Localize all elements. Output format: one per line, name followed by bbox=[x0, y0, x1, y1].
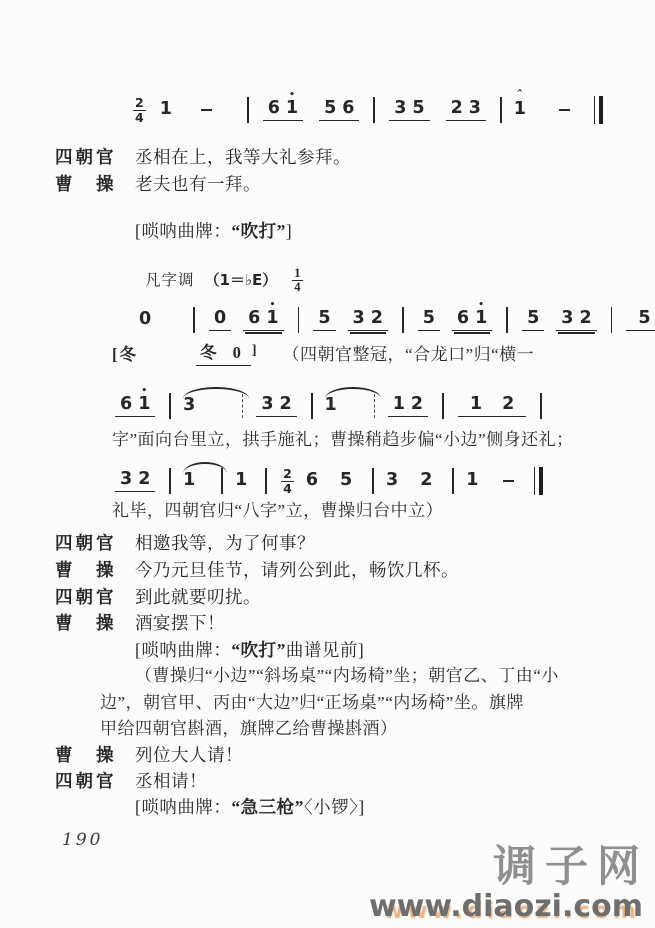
octave-dot: • bbox=[263, 301, 281, 310]
beamed-note-group: 12 bbox=[458, 395, 526, 416]
spacer bbox=[154, 320, 184, 321]
note: 1 bbox=[463, 471, 481, 490]
octave-dot: • bbox=[135, 387, 153, 396]
qupai-bracket: [唢呐曲牌：“吹打”] bbox=[135, 221, 292, 243]
tie-arc bbox=[183, 462, 227, 476]
text-run: “吹打” bbox=[231, 640, 286, 660]
dialogue-text: 丞相请！ bbox=[135, 771, 207, 791]
spacer bbox=[236, 320, 238, 321]
dialogue-row: 曹 操老夫也有一拜。 bbox=[55, 174, 261, 196]
stage-direction: 边”，朝官甲、丙由“大边”归“正场桌”“内场椅”坐。旗牌 bbox=[100, 692, 524, 713]
note: 1• bbox=[283, 99, 301, 118]
spacer bbox=[549, 320, 551, 321]
note: 1• bbox=[135, 395, 153, 414]
note: 2 bbox=[448, 99, 466, 118]
beamed-note-group: 32 bbox=[115, 470, 155, 491]
mode-label: 凡字调 bbox=[145, 271, 195, 290]
note: 5 bbox=[315, 309, 333, 328]
beamed-note-group: 32 bbox=[556, 309, 596, 330]
note: 5 bbox=[420, 309, 438, 328]
beamed-note-group: 23 bbox=[446, 99, 486, 120]
beamed-note-group: 61• bbox=[115, 395, 155, 416]
beamed-note-group: 61• bbox=[452, 309, 492, 330]
note: 1• bbox=[263, 309, 281, 328]
spacer bbox=[522, 481, 528, 482]
note: 5 bbox=[524, 309, 542, 328]
time-signature: 24 bbox=[281, 467, 294, 494]
barline bbox=[247, 97, 249, 123]
spacer bbox=[175, 110, 193, 111]
dialogue-row: 曹 操列位大人请！ bbox=[55, 745, 243, 767]
speaker-name: 四朝官 bbox=[55, 587, 135, 609]
note: 2 bbox=[135, 470, 153, 489]
barline bbox=[193, 307, 195, 333]
beamed-note-group: 5 bbox=[313, 309, 335, 330]
dialogue-row: 曹 操今乃元旦佳节，请列公到此，畅饮几杯。 bbox=[55, 560, 459, 582]
text-run: ] bbox=[286, 221, 292, 241]
percussion-open: [冬 bbox=[112, 345, 138, 366]
note: 5 bbox=[321, 99, 339, 118]
text-run: 曲谱见前] bbox=[286, 640, 364, 660]
note: 3 bbox=[117, 470, 135, 489]
watermark: 调子网 www.diaozi.com www.diaozi.com bbox=[369, 845, 643, 922]
spacer bbox=[481, 481, 495, 482]
stage-direction: 礼毕，四朝官归“八字”立，曹操归台中立） bbox=[112, 500, 443, 521]
dialogue-row: 四朝官丞相请！ bbox=[55, 771, 207, 793]
note: 2 bbox=[576, 309, 594, 328]
text-run: [唢呐曲牌： bbox=[135, 221, 231, 241]
note: 5 bbox=[337, 471, 355, 490]
note: 3 bbox=[558, 309, 576, 328]
barline bbox=[372, 468, 374, 494]
barline bbox=[169, 393, 171, 419]
spacer bbox=[435, 110, 441, 111]
dialogue-row: 四朝官到此就要叨扰。 bbox=[55, 587, 261, 609]
note: 2 bbox=[277, 395, 295, 414]
final-barline bbox=[534, 467, 543, 495]
speaker-name: 曹 操 bbox=[55, 613, 135, 635]
note: 3 bbox=[258, 395, 276, 414]
beamed-note-group: 51• bbox=[626, 309, 655, 330]
watermark-site-name: 调子网 bbox=[369, 845, 649, 890]
spacer bbox=[341, 320, 343, 321]
page-number: 190 bbox=[62, 830, 103, 851]
key-label: （1＝♭E） bbox=[205, 271, 278, 290]
spacer bbox=[250, 481, 256, 482]
speaker-name: 曹 操 bbox=[55, 560, 135, 582]
text-run: “吹打” bbox=[231, 221, 286, 241]
barline bbox=[169, 468, 171, 494]
note: 2 bbox=[499, 395, 517, 414]
tie-arc bbox=[325, 387, 381, 401]
tie-arc bbox=[183, 387, 249, 401]
barline bbox=[506, 307, 508, 333]
dialogue-text: 列位大人请！ bbox=[135, 745, 243, 765]
meter-fraction: 1 4 bbox=[292, 267, 302, 294]
beamed-note-group: 32 bbox=[256, 395, 296, 416]
speaker-name: 曹 操 bbox=[55, 174, 135, 196]
beamed-note-group: 32 bbox=[348, 309, 388, 330]
barline bbox=[442, 393, 444, 419]
note: 6 bbox=[245, 309, 263, 328]
barline bbox=[611, 307, 613, 333]
text-run: “急三枪” bbox=[231, 797, 304, 817]
barline bbox=[452, 468, 454, 494]
beamed-note-group: 35 bbox=[389, 99, 429, 120]
note: 2 bbox=[368, 309, 386, 328]
beamed-note-group: 5 bbox=[522, 309, 544, 330]
note: 1 bbox=[390, 395, 408, 414]
dialogue-text: 酒宴摆下！ bbox=[135, 613, 225, 633]
watermark-site-url: www.diaozi.com bbox=[369, 889, 643, 924]
note: 1 bbox=[157, 100, 175, 119]
spacer bbox=[355, 481, 363, 482]
note: 1 bbox=[232, 471, 250, 490]
speaker-name: 曹 操 bbox=[55, 745, 135, 767]
percussion-line: [冬 冬 0 ] （四朝官整冠，“合龙口”归“横一 bbox=[112, 343, 534, 366]
note: 3 bbox=[383, 471, 401, 490]
barline bbox=[298, 307, 300, 333]
beamed-note-group: 61• bbox=[243, 309, 283, 330]
score-line-1: 0061•532561•53251• bbox=[136, 302, 655, 338]
note: 5 bbox=[409, 99, 427, 118]
watermark-url-wrap: www.diaozi.com www.diaozi.com bbox=[369, 891, 643, 923]
note: 3 bbox=[391, 99, 409, 118]
spacer bbox=[435, 481, 443, 482]
beamed-note-group: 56 bbox=[319, 99, 359, 120]
note: 6 bbox=[303, 471, 321, 490]
note: 2 bbox=[417, 471, 435, 490]
barline bbox=[373, 97, 375, 123]
sustain-dash bbox=[201, 109, 212, 111]
spacer bbox=[321, 481, 337, 482]
note: 3 bbox=[350, 309, 368, 328]
octave-dot: • bbox=[283, 91, 301, 100]
spacer bbox=[445, 320, 447, 321]
sustain-dash bbox=[559, 109, 570, 111]
note: 2 bbox=[408, 395, 426, 414]
note: 1ˆ bbox=[511, 100, 529, 119]
note: 6 bbox=[339, 99, 357, 118]
score-line-3: 32112465321 bbox=[110, 463, 549, 499]
dialogue-row: 四朝官丞相在上，我等大礼参拜。 bbox=[55, 147, 351, 169]
qupai-bracket: [唢呐曲牌：“急三枪”〈小锣〉] bbox=[135, 797, 365, 819]
spacer bbox=[308, 110, 314, 111]
stage-direction: 字”面向台里立，拱手施礼；曹操稍趋步偏“小边”侧身还礼； bbox=[112, 429, 574, 450]
key-signature-line: 凡字调 （1＝♭E） 1 4 bbox=[145, 267, 308, 294]
beamed-note-group: 5 bbox=[418, 309, 440, 330]
stage-direction: 甲给四朝官斟酒，旗牌乙给曹操斟酒） bbox=[100, 718, 398, 739]
barline bbox=[540, 393, 542, 419]
time-signature: 24 bbox=[133, 96, 146, 123]
note: 1• bbox=[472, 309, 490, 328]
note: 6 bbox=[117, 395, 135, 414]
accent-hat: ˆ bbox=[511, 89, 529, 101]
note: 6 bbox=[454, 309, 472, 328]
note: 6 bbox=[265, 99, 283, 118]
stage-direction: （曹操归“小边”“斜场桌”“内场椅”坐；朝官乙、丁由“小 bbox=[135, 665, 559, 686]
barline bbox=[500, 97, 502, 123]
spacer bbox=[401, 481, 417, 482]
note: 0 bbox=[211, 309, 229, 328]
spacer bbox=[529, 110, 551, 111]
speaker-name: 四朝官 bbox=[55, 147, 135, 169]
dialogue-text: 老夫也有一拜。 bbox=[135, 174, 261, 194]
qupai-bracket: [唢呐曲牌：“吹打”曲谱见前] bbox=[135, 640, 364, 662]
text-run: [唢呐曲牌： bbox=[135, 640, 231, 660]
barline bbox=[311, 393, 313, 419]
dialogue-text: 今乃元旦佳节，请列公到此，畅饮几杯。 bbox=[135, 560, 459, 580]
dialogue-row: 曹 操酒宴摆下！ bbox=[55, 613, 225, 635]
dialogue-text: 丞相在上，我等大礼参拜。 bbox=[135, 147, 351, 167]
beamed-note-group: 0 bbox=[209, 309, 231, 330]
note: 3 bbox=[466, 99, 484, 118]
text-run: 〈小锣〉] bbox=[304, 797, 365, 817]
beamed-note-group: 61• bbox=[263, 99, 303, 120]
note: 0 bbox=[136, 310, 154, 329]
dialogue-text: 到此就要叨扰。 bbox=[135, 587, 261, 607]
speaker-name: 四朝官 bbox=[55, 771, 135, 793]
sustain-dash bbox=[503, 480, 514, 482]
text-run: [唢呐曲牌： bbox=[135, 797, 231, 817]
score-line-2: 61•33211212 bbox=[110, 388, 551, 424]
intro-score-line: 24161•5635231ˆ bbox=[128, 92, 609, 128]
dialogue-row: 四朝官相邀我等，为了何事？ bbox=[55, 533, 315, 555]
note: 1 bbox=[467, 395, 485, 414]
percussion-close: ] bbox=[252, 342, 257, 360]
stage-direction: （四朝官整冠，“合龙口”归“横一 bbox=[283, 344, 535, 365]
beamed-note-group: 12 bbox=[388, 395, 428, 416]
dialogue-text: 相邀我等，为了何事？ bbox=[135, 533, 315, 553]
spacer bbox=[220, 110, 238, 111]
spacer bbox=[578, 110, 588, 111]
percussion-beat: 冬 0 bbox=[196, 343, 251, 366]
note: 5 bbox=[635, 309, 653, 328]
barline bbox=[402, 307, 404, 333]
score-page: 24161•5635231ˆ 四朝官丞相在上，我等大礼参拜。 曹 操老夫也有一拜… bbox=[0, 0, 655, 928]
final-barline bbox=[594, 96, 603, 124]
barline bbox=[265, 468, 267, 494]
octave-dot: • bbox=[472, 301, 490, 310]
speaker-name: 四朝官 bbox=[55, 533, 135, 555]
